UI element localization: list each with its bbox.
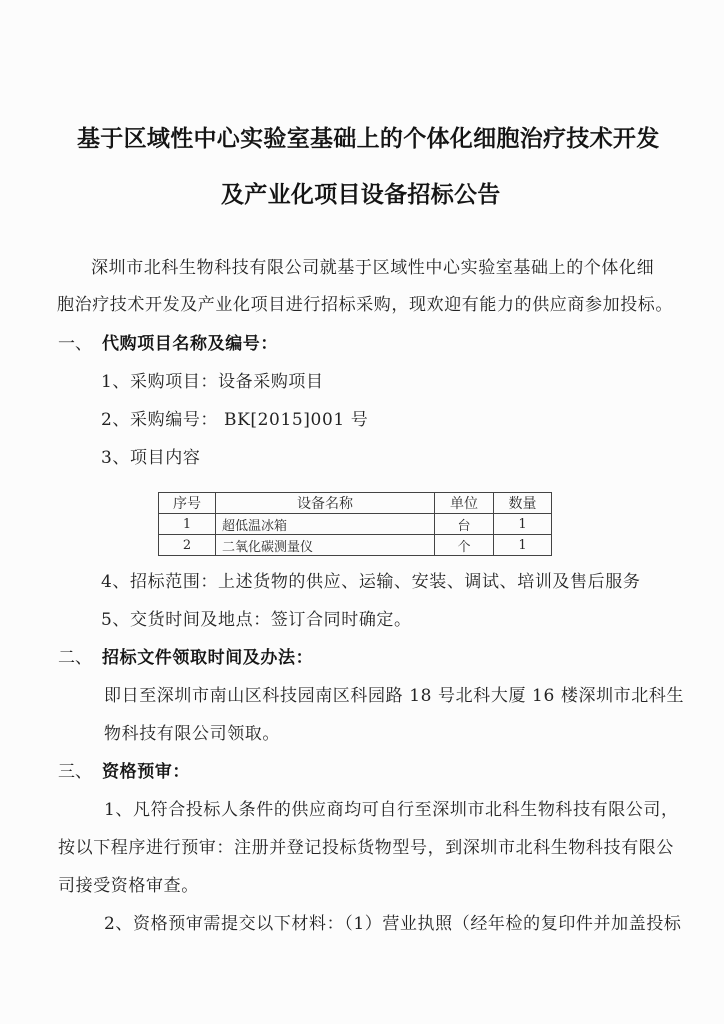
section-2-line-1: 即日至深圳市南山区科技园南区科园路 18 号北科大厦 16 楼深圳市北科生 bbox=[104, 681, 684, 706]
table-cell: 1 bbox=[159, 514, 216, 535]
table-cell: 个 bbox=[435, 535, 494, 556]
document-title-line-1: 基于区域性中心实验室基础上的个体化细胞治疗技术开发 bbox=[77, 120, 660, 153]
section-2-line-2: 物科技有限公司领取。 bbox=[104, 719, 280, 744]
section-1-item-4: 4、招标范围：上述货物的供应、运输、安装、调试、培训及售后服务 bbox=[101, 567, 640, 592]
table-header-cell: 设备名称 bbox=[216, 493, 435, 514]
intro-paragraph-line-1: 深圳市北科生物科技有限公司就基于区域性中心实验室基础上的个体化细 bbox=[91, 253, 654, 278]
section-1-item-2: 2、采购编号： BK[2015]001 号 bbox=[101, 405, 368, 430]
section-3-line-2: 按以下程序进行预审：注册并登记投标货物型号，到深圳市北科生物科技有限公 bbox=[58, 833, 674, 858]
table-cell: 超低温冰箱 bbox=[216, 514, 435, 535]
section-3-line-1: 1、凡符合投标人条件的供应商均可自行至深圳市北科生物科技有限公司， bbox=[104, 795, 679, 820]
table-header-row: 序号 设备名称 单位 数量 bbox=[159, 493, 552, 514]
section-3-line-3: 司接受资格审查。 bbox=[58, 871, 199, 896]
section-3-number: 三、 bbox=[58, 757, 92, 782]
section-1-item-5: 5、交货时间及地点：签订合同时确定。 bbox=[101, 605, 412, 630]
table-cell: 1 bbox=[494, 514, 552, 535]
table-header-cell: 数量 bbox=[494, 493, 552, 514]
section-2-number: 二、 bbox=[58, 643, 92, 668]
intro-paragraph-line-2: 胞治疗技术开发及产业化项目进行招标采购，现欢迎有能力的供应商参加投标。 bbox=[57, 290, 673, 315]
section-3-heading: 资格预审： bbox=[102, 757, 190, 782]
table-header-cell: 单位 bbox=[435, 493, 494, 514]
section-1-item-1: 1、采购项目：设备采购项目 bbox=[101, 367, 324, 392]
table-cell: 台 bbox=[435, 514, 494, 535]
section-1-number: 一、 bbox=[58, 329, 92, 354]
table-row: 2 二氧化碳测量仪 个 1 bbox=[159, 535, 552, 556]
section-3-line-4: 2、资格预审需提交以下材料：（1）营业执照（经年检的复印件并加盖投标 bbox=[104, 909, 682, 934]
table-cell: 二氧化碳测量仪 bbox=[216, 535, 435, 556]
document-title-line-2: 及产业化项目设备招标公告 bbox=[221, 176, 501, 209]
section-1-item-3: 3、项目内容 bbox=[101, 443, 200, 468]
section-2-heading: 招标文件领取时间及办法： bbox=[102, 643, 313, 668]
table-header-cell: 序号 bbox=[159, 493, 216, 514]
equipment-table: 序号 设备名称 单位 数量 1 超低温冰箱 台 1 2 二氧化碳测量仪 个 1 bbox=[158, 492, 552, 556]
table-cell: 2 bbox=[159, 535, 216, 556]
section-1-heading: 代购项目名称及编号： bbox=[102, 329, 278, 354]
table-row: 1 超低温冰箱 台 1 bbox=[159, 514, 552, 535]
table-cell: 1 bbox=[494, 535, 552, 556]
